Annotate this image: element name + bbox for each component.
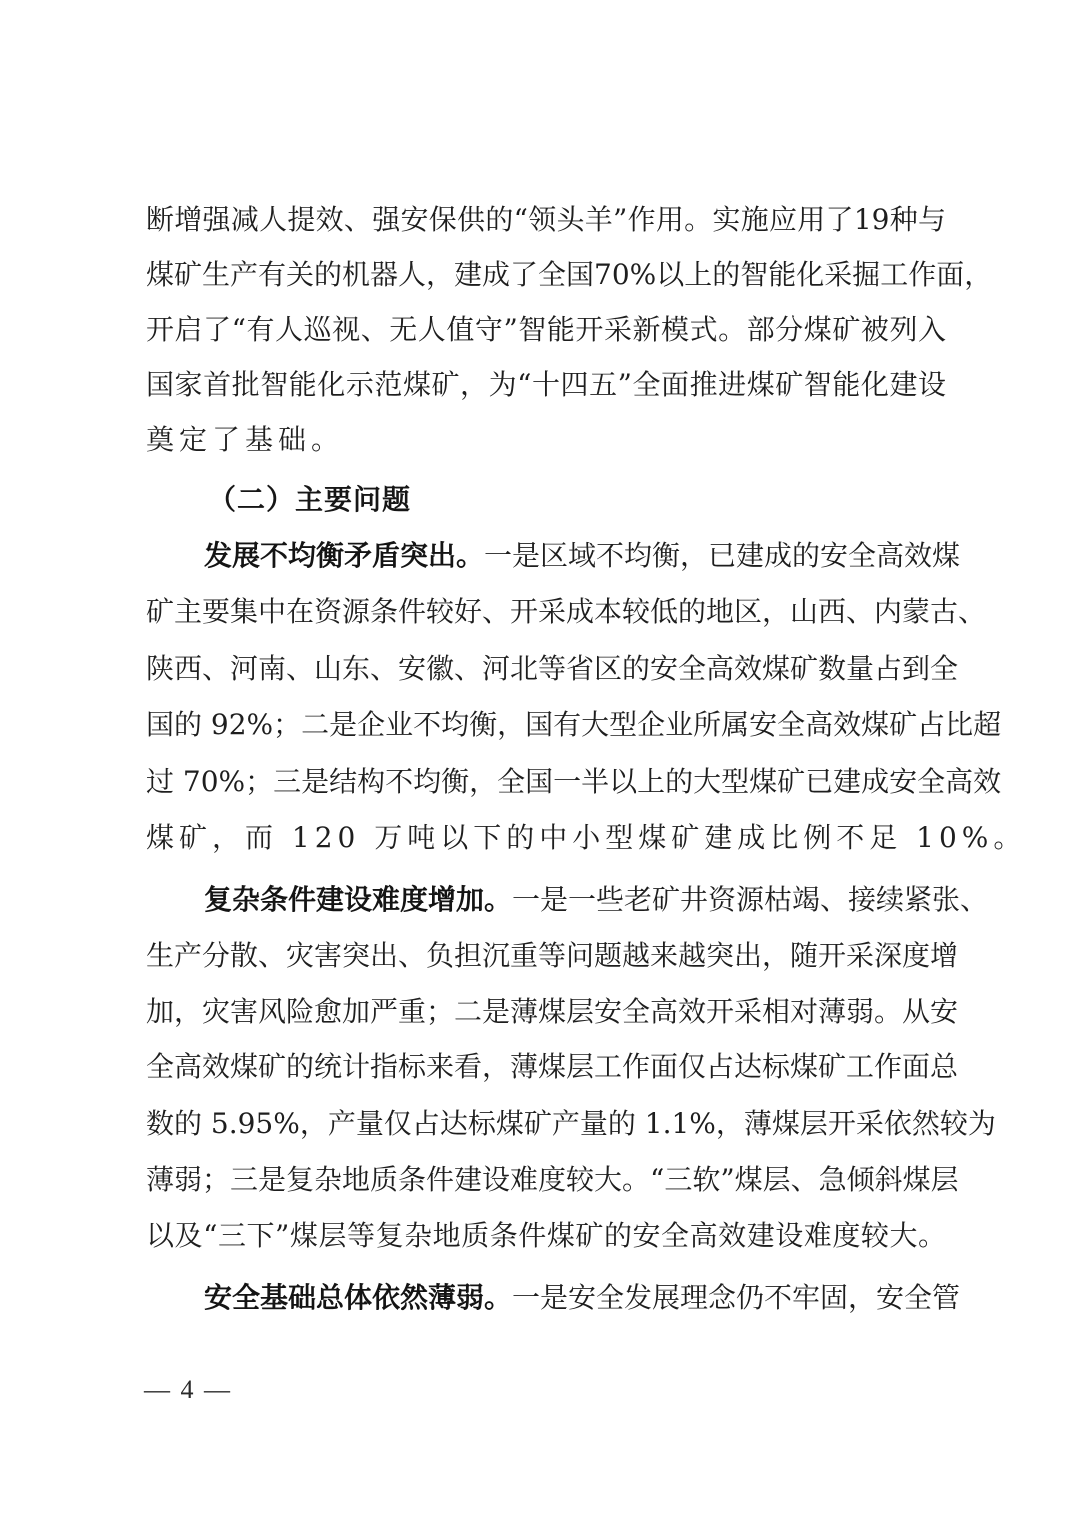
paragraph-lead: 安全基础总体依然薄弱。	[204, 1281, 512, 1314]
text-line: 全高效煤矿的统计指标来看，薄煤层工作面仅占达标煤矿工作面总	[146, 1047, 946, 1087]
text-line: 生产分散、灾害突出、负担沉重等问题越来越突出，随开采深度增	[146, 936, 946, 976]
text-line: 国家首批智能化示范煤矿，为“十四五”全面推进煤矿智能化建设	[146, 365, 946, 405]
text-line: 矿主要集中在资源条件较好、开采成本较低的地区，山西、内蒙古、	[146, 592, 946, 632]
text-line: 煤矿，而 120 万吨以下的中小型煤矿建成比例不足 10%。	[146, 818, 946, 858]
text-line: 开启了“有人巡视、无人值守”智能开采新模式。部分煤矿被列入	[146, 310, 946, 350]
paragraph-first-line: 安全基础总体依然薄弱。一是安全发展理念仍不牢固，安全管	[204, 1278, 946, 1318]
paragraph-text: 一是区域不均衡，已建成的安全高效煤	[484, 539, 960, 572]
page-number: — 4 —	[144, 1372, 232, 1408]
text-line: 加，灾害风险愈加严重；二是薄煤层安全高效开采相对薄弱。从安	[146, 992, 946, 1032]
paragraph-lead: 发展不均衡矛盾突出。	[204, 539, 484, 572]
text-line: 煤矿生产有关的机器人，建成了全国70%以上的智能化采掘工作面，	[146, 255, 946, 295]
text-line: 薄弱；三是复杂地质条件建设难度较大。“三软”煤层、急倾斜煤层	[146, 1160, 946, 1200]
paragraph-first-line: 复杂条件建设难度增加。一是一些老矿井资源枯竭、接续紧张、	[204, 880, 946, 920]
text-line: 数的 5.95%，产量仅占达标煤矿产量的 1.1%，薄煤层开采依然较为	[146, 1104, 946, 1144]
paragraph-lead: 复杂条件建设难度增加。	[204, 883, 512, 916]
document-page: 断增强减人提效、强安保供的“领头羊”作用。实施应用了19种与 煤矿生产有关的机器…	[0, 0, 1080, 1527]
text-line: 过 70%；三是结构不均衡，全国一半以上的大型煤矿已建成安全高效	[146, 762, 946, 802]
text-line: 陕西、河南、山东、安徽、河北等省区的安全高效煤矿数量占到全	[146, 649, 946, 689]
text-line: 奠定了基础。	[146, 420, 946, 460]
text-line: 断增强减人提效、强安保供的“领头羊”作用。实施应用了19种与	[146, 200, 946, 240]
section-heading: （二）主要问题	[208, 480, 411, 520]
text-line: 以及“三下”煤层等复杂地质条件煤矿的安全高效建设难度较大。	[146, 1216, 946, 1256]
text-line: 国的 92%；二是企业不均衡，国有大型企业所属安全高效煤矿占比超	[146, 705, 946, 745]
paragraph-text: 一是一些老矿井资源枯竭、接续紧张、	[512, 883, 988, 916]
paragraph-first-line: 发展不均衡矛盾突出。一是区域不均衡，已建成的安全高效煤	[204, 536, 946, 576]
paragraph-text: 一是安全发展理念仍不牢固，安全管	[512, 1281, 960, 1314]
